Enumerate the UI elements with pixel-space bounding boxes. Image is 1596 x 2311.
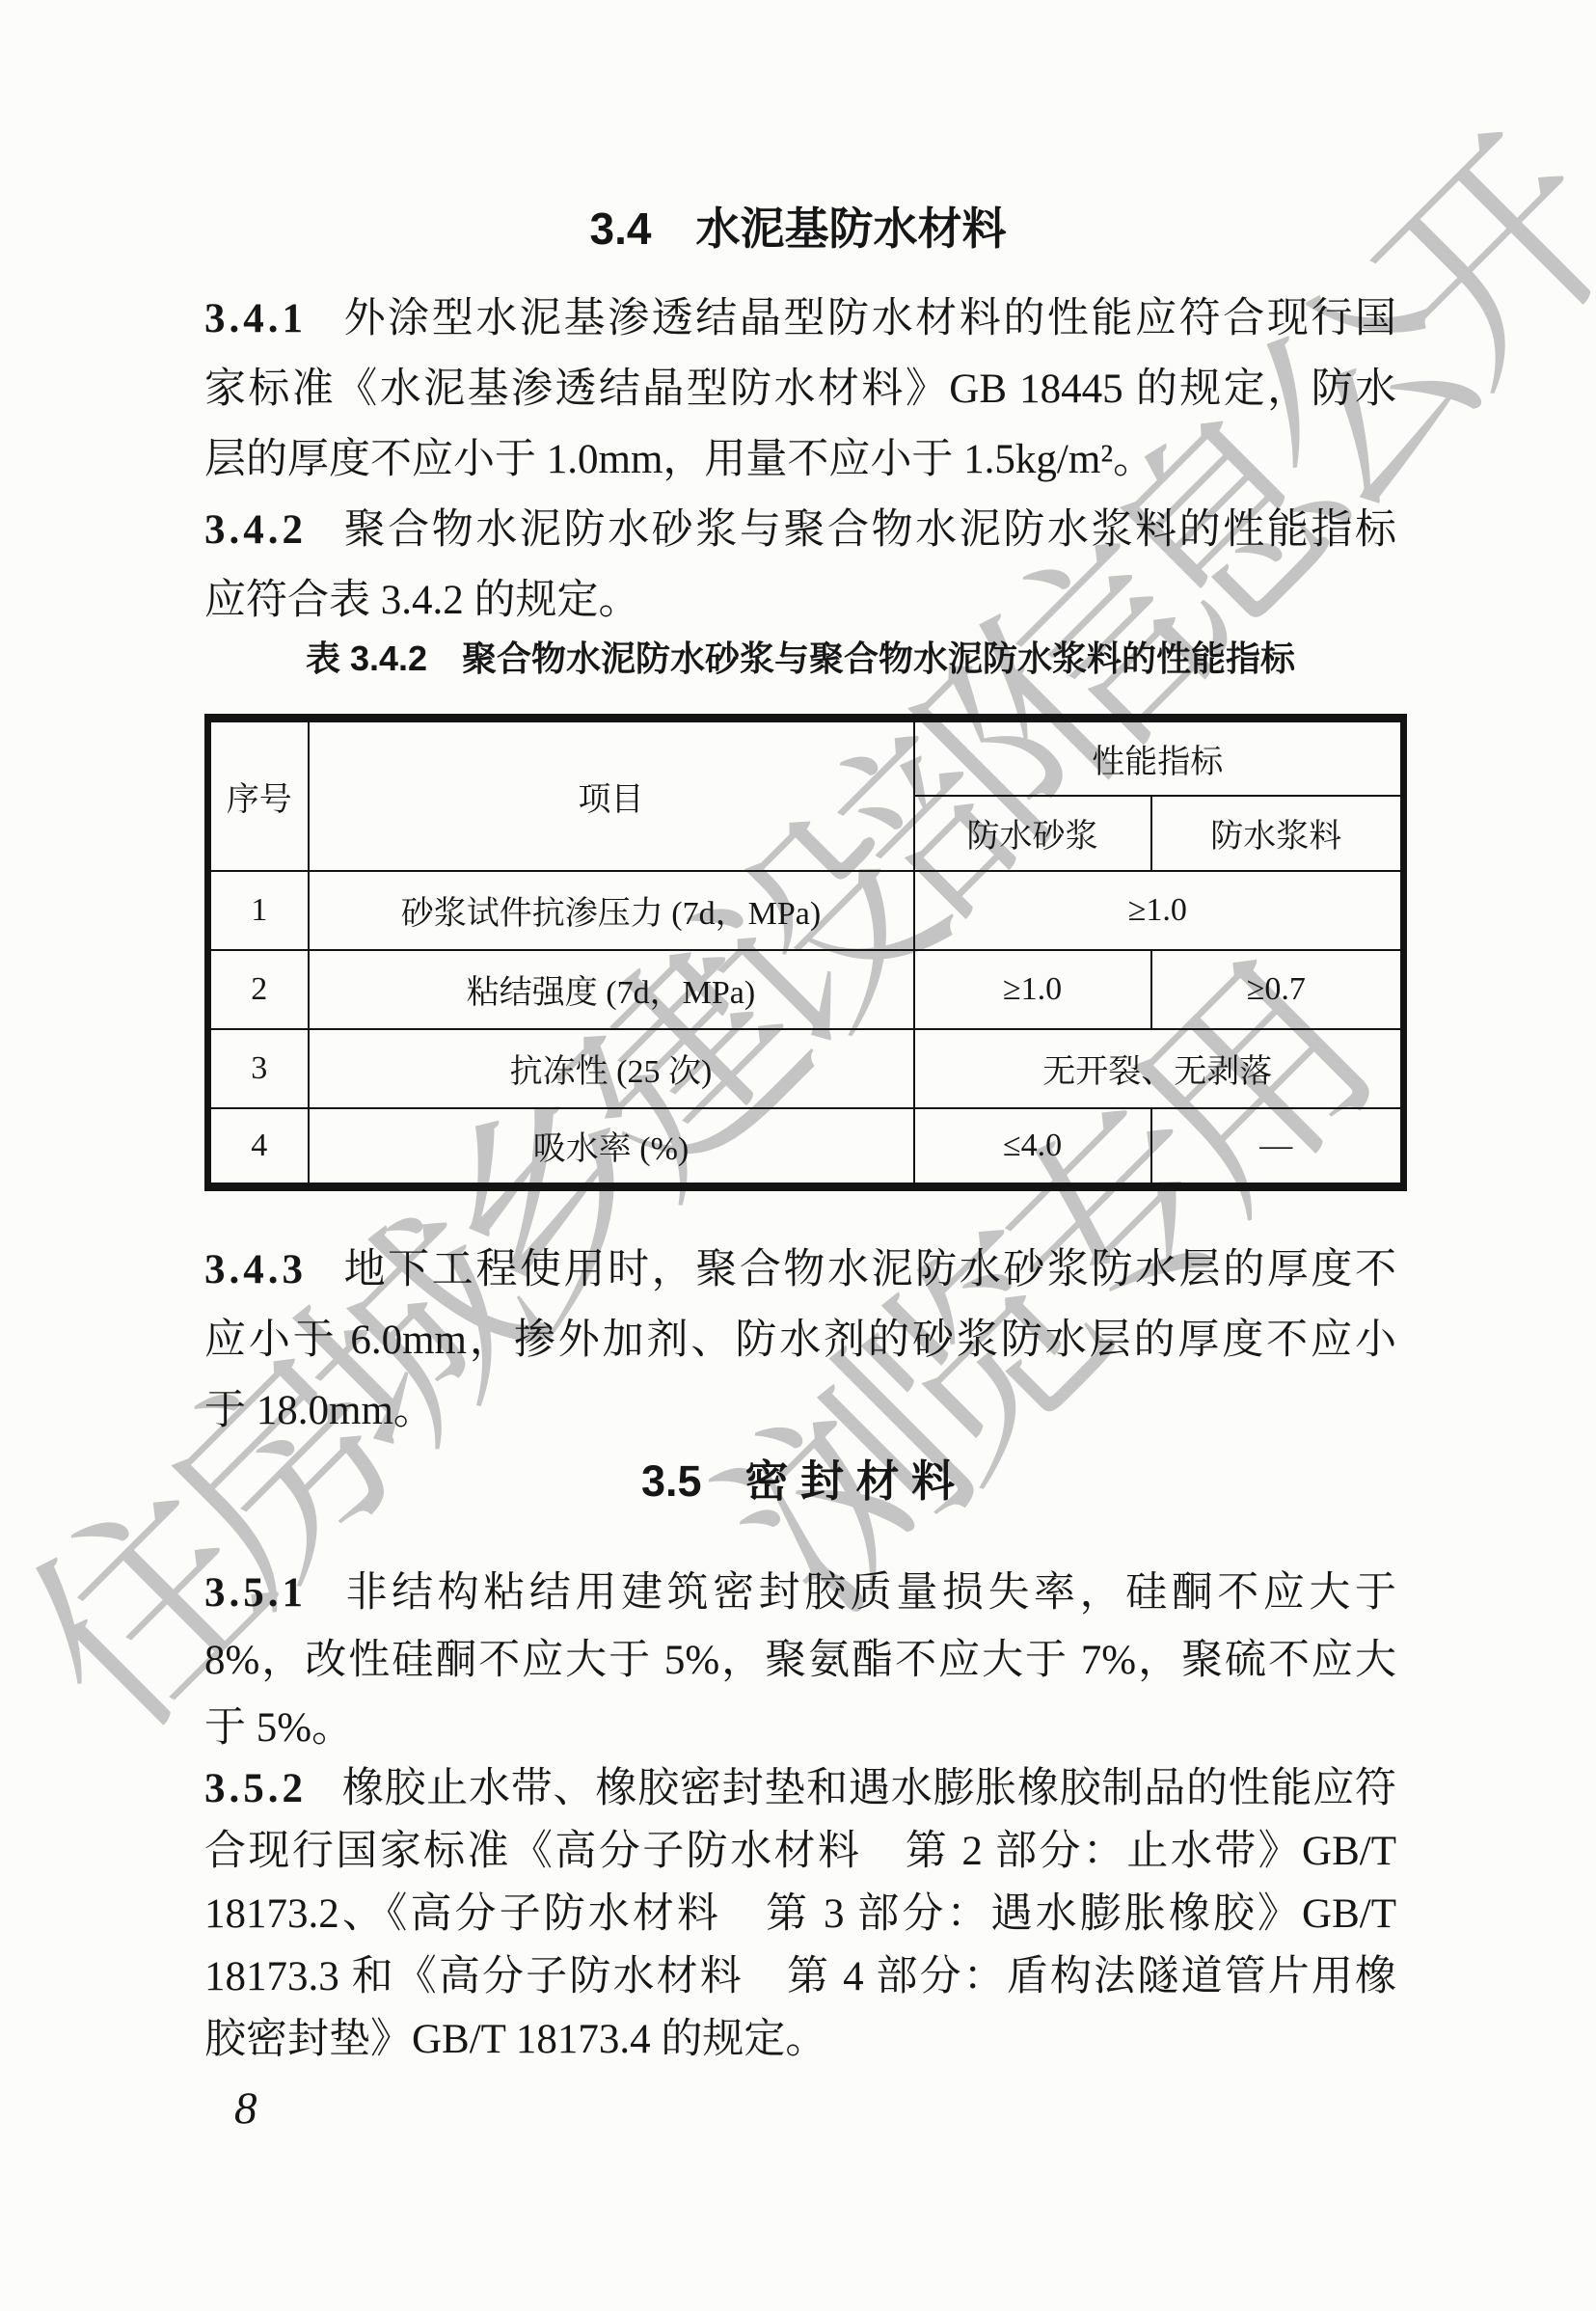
header-waterproof-mortar: 防水砂浆 [914,796,1151,871]
clause-text: 地下工程使用时，聚合物水泥防水砂浆防水层的厚度不 [341,1247,1396,1292]
table-row: 4 吸水率 (%) ≤4.0 — [208,1108,1404,1187]
table-row: 2 粘结强度 (7d，MPa) ≥1.0 ≥0.7 [208,950,1404,1029]
paragraph-line: 层的厚度不应小于 1.0mm，用量不应小于 1.5kg/m²。 [204,424,1396,495]
value-cell-merged: ≥1.0 [914,871,1404,950]
paragraph-line: 3.4.2聚合物水泥防水砂浆与聚合物水泥防水浆料的性能指标 [204,495,1396,565]
paragraph-3-4-3: 3.4.3地下工程使用时，聚合物水泥防水砂浆防水层的厚度不 应小于 6.0mm，… [204,1235,1396,1446]
paragraph-3-4-2: 3.4.2聚合物水泥防水砂浆与聚合物水泥防水浆料的性能指标 应符合表 3.4.2… [204,495,1396,636]
item-cell: 砂浆试件抗渗压力 (7d，MPa) [309,871,914,950]
clause-number: 3.5.1 [204,1570,307,1616]
header-waterproof-slurry: 防水浆料 [1151,796,1404,871]
document-page: 住房城乡建设部信息公开 浏览专用 3.4 水泥基防水材料 3.4.1外涂型水泥基… [0,0,1596,2311]
section-title-3-5: 3.5 密 封 材 料 [0,1459,1596,1503]
performance-table: 序号 项目 性能指标 防水砂浆 防水浆料 1 砂浆试件抗渗压力 (7d，MPa)… [204,714,1407,1191]
clause-number: 3.4.1 [204,296,307,341]
paragraph-line: 胶密封垫》GB/T 18173.4 的规定。 [204,2008,1396,2071]
clause-number: 3.4.3 [204,1247,307,1292]
item-cell: 粘结强度 (7d，MPa) [309,950,914,1029]
paragraph-3-5-2: 3.5.2橡胶止水带、橡胶密封垫和遇水膨胀橡胶制品的性能应符 合现行国家标准《高… [204,1757,1396,2071]
table-caption: 表 3.4.2 聚合物水泥防水砂浆与聚合物水泥防水浆料的性能指标 [204,639,1396,678]
paragraph-line: 18173.2、《高分子防水材料 第 3 部分：遇水膨胀橡胶》GB/T [204,1883,1396,1945]
paragraph-line: 18173.3 和《高分子防水材料 第 4 部分：盾构法隧道管片用橡 [204,1945,1396,2008]
paragraph-3-4-1: 3.4.1外涂型水泥基渗透结晶型防水材料的性能应符合现行国 家标准《水泥基渗透结… [204,284,1396,495]
paragraph-line: 3.4.3地下工程使用时，聚合物水泥防水砂浆防水层的厚度不 [204,1235,1396,1305]
paragraph-line: 于 5%。 [204,1695,1396,1762]
clause-text: 聚合物水泥防水砂浆与聚合物水泥防水浆料的性能指标 [341,507,1396,553]
row-index-cell: 3 [208,1029,309,1108]
slurry-value-cell: ≥0.7 [1151,950,1404,1029]
row-index-cell: 2 [208,950,309,1029]
paragraph-line: 家标准《水泥基渗透结晶型防水材料》GB 18445 的规定，防水 [204,354,1396,424]
clause-text: 外涂型水泥基渗透结晶型防水材料的性能应符合现行国 [341,296,1396,341]
row-index-cell: 4 [208,1108,309,1187]
clause-number: 3.4.2 [204,507,307,553]
section-title-3-4: 3.4 水泥基防水材料 [0,206,1596,251]
item-cell: 吸水率 (%) [309,1108,914,1187]
paragraph-line: 于 18.0mm。 [204,1375,1396,1446]
table-row: 1 砂浆试件抗渗压力 (7d，MPa) ≥1.0 [208,871,1404,950]
header-performance: 性能指标 [914,719,1404,796]
table-row: 3 抗冻性 (25 次) 无开裂、无剥落 [208,1029,1404,1108]
paragraph-line: 合现行国家标准《高分子防水材料 第 2 部分：止水带》GB/T [204,1820,1396,1883]
header-index: 序号 [208,719,309,871]
paragraph-line: 应小于 6.0mm，掺外加剂、防水剂的砂浆防水层的厚度不应小 [204,1305,1396,1375]
item-cell: 抗冻性 (25 次) [309,1029,914,1108]
clause-text: 橡胶止水带、橡胶密封垫和遇水膨胀橡胶制品的性能应符 [341,1766,1396,1811]
slurry-value-cell: — [1151,1108,1404,1187]
header-item: 项目 [309,719,914,871]
mortar-value-cell: ≥1.0 [914,950,1151,1029]
mortar-value-cell: ≤4.0 [914,1108,1151,1187]
paragraph-line: 8%，改性硅酮不应大于 5%，聚氨酯不应大于 7%，聚硫不应大 [204,1627,1396,1695]
clause-number: 3.5.2 [204,1766,307,1811]
paragraph-line: 3.4.1外涂型水泥基渗透结晶型防水材料的性能应符合现行国 [204,284,1396,354]
paragraph-line: 应符合表 3.4.2 的规定。 [204,565,1396,636]
page-number: 8 [234,2086,257,2132]
paragraph-line: 3.5.1非结构粘结用建筑密封胶质量损失率，硅酮不应大于 [204,1560,1396,1627]
clause-text: 非结构粘结用建筑密封胶质量损失率，硅酮不应大于 [341,1570,1396,1616]
paragraph-3-5-1: 3.5.1非结构粘结用建筑密封胶质量损失率，硅酮不应大于 8%，改性硅酮不应大于… [204,1560,1396,1762]
row-index-cell: 1 [208,871,309,950]
paragraph-line: 3.5.2橡胶止水带、橡胶密封垫和遇水膨胀橡胶制品的性能应符 [204,1757,1396,1820]
value-cell-merged: 无开裂、无剥落 [914,1029,1404,1108]
